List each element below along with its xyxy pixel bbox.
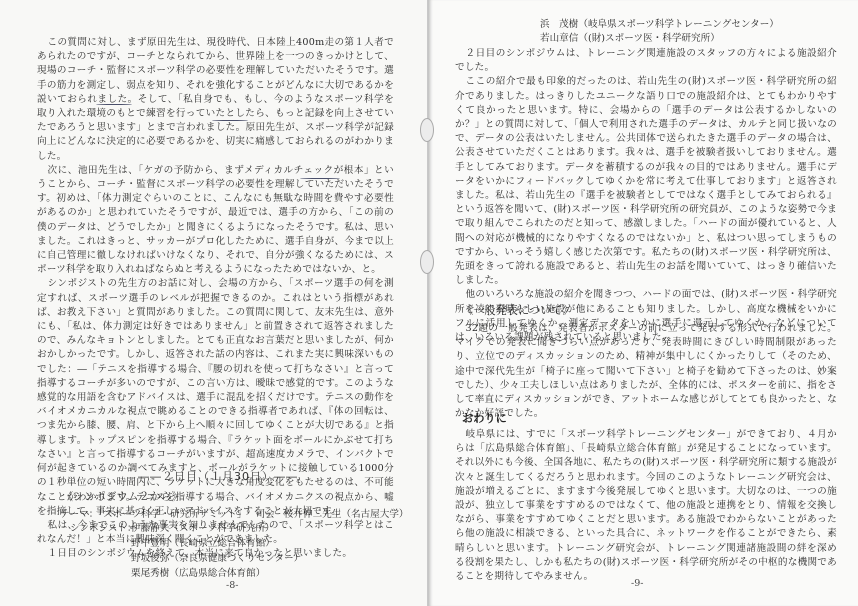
panelists-continued: 浜 茂樹（岐阜県スポーツ科学トレーニングセンター） 若山章信（(財)スポーツ医・… — [540, 18, 779, 46]
panelist-item: 栗尾秀樹（広島県総合体育館） — [131, 565, 265, 579]
day-2-heading: ――２日目（１月30日）―― — [138, 468, 298, 484]
paragraph-wakayama: ここの紹介で最も印象的だったのは、若山先生の(財)スポーツ医・科学研究所の紹介で… — [455, 75, 837, 288]
panelist-label: シンポジスト： — [70, 520, 137, 534]
theme-line: テーマ：「スポーツ科学・研究所サミット」 司会 桜井伸二先生（名古屋大学） — [60, 506, 415, 520]
panelist-item: 伊藤静夫（スポーツ科学研究所） — [131, 520, 275, 534]
general-presentation-body: 32題の一般発表は、発表者がポスターの前に立って発表する形式で行われました。マイ… — [455, 322, 837, 421]
binding-tab — [420, 250, 434, 274]
page-number-9: -9- — [631, 578, 643, 589]
panelist-item: 野坂俊弥（奈良県健康づくりセンター） — [131, 550, 303, 564]
symposium-2-heading: 《シンポジウム２から》 — [62, 488, 183, 504]
pen-underline-mark — [96, 104, 132, 105]
moderator-label: 司会 — [256, 509, 275, 520]
panelist-item: 野中豊明（長崎県立総合体育館） — [131, 535, 275, 549]
symposium-2-body: ２日目のシンポジウムは、トレーニング関連施設のスタッフの方々による施設紹介でした… — [455, 47, 837, 345]
theme-label: テーマ：「スポーツ科学・研究所サミット」 — [60, 509, 247, 520]
paragraph-day2-intro: ２日目のシンポジウムは、トレーニング関連施設のスタッフの方々による施設紹介でした… — [455, 47, 837, 75]
page-number-8: -8- — [226, 580, 238, 591]
general-presentation-heading: 《一般発表について》 — [462, 302, 574, 318]
binding-tab — [420, 118, 434, 142]
paragraph-harada: この質問に対し、まず原田先生は、現役時代、日本陸上400m走の第１人者であられた… — [37, 36, 394, 164]
paragraph-ikeda: 次に、池田先生は、「ケガの予防から、まずメディカルチェックが根本」ということから… — [37, 164, 394, 278]
moderator-name: 桜井伸二先生（名古屋大学） — [284, 509, 409, 520]
pen-underline-mark — [300, 178, 340, 179]
paragraph-closing: 岐阜県には、すでに「スポーツ科学トレーニングセンター」ができており、４月からは「… — [455, 428, 837, 584]
paragraph-general: 32題の一般発表は、発表者がポスターの前に立って発表する形式で行われました。マイ… — [455, 322, 837, 421]
page-8: この質問に対し、まず原田先生は、現役時代、日本陸上400m走の第１人者であられた… — [0, 0, 428, 606]
pen-underline-mark — [212, 120, 248, 121]
panelist-item: 若山章信（(財)スポーツ医・科学研究所） — [540, 32, 779, 46]
panelist-item: 浜 茂樹（岐阜県スポーツ科学トレーニングセンター） — [540, 18, 779, 32]
closing-body: 岐阜県には、すでに「スポーツ科学トレーニングセンター」ができており、４月からは「… — [455, 428, 837, 584]
closing-heading: おわりに — [462, 410, 507, 426]
